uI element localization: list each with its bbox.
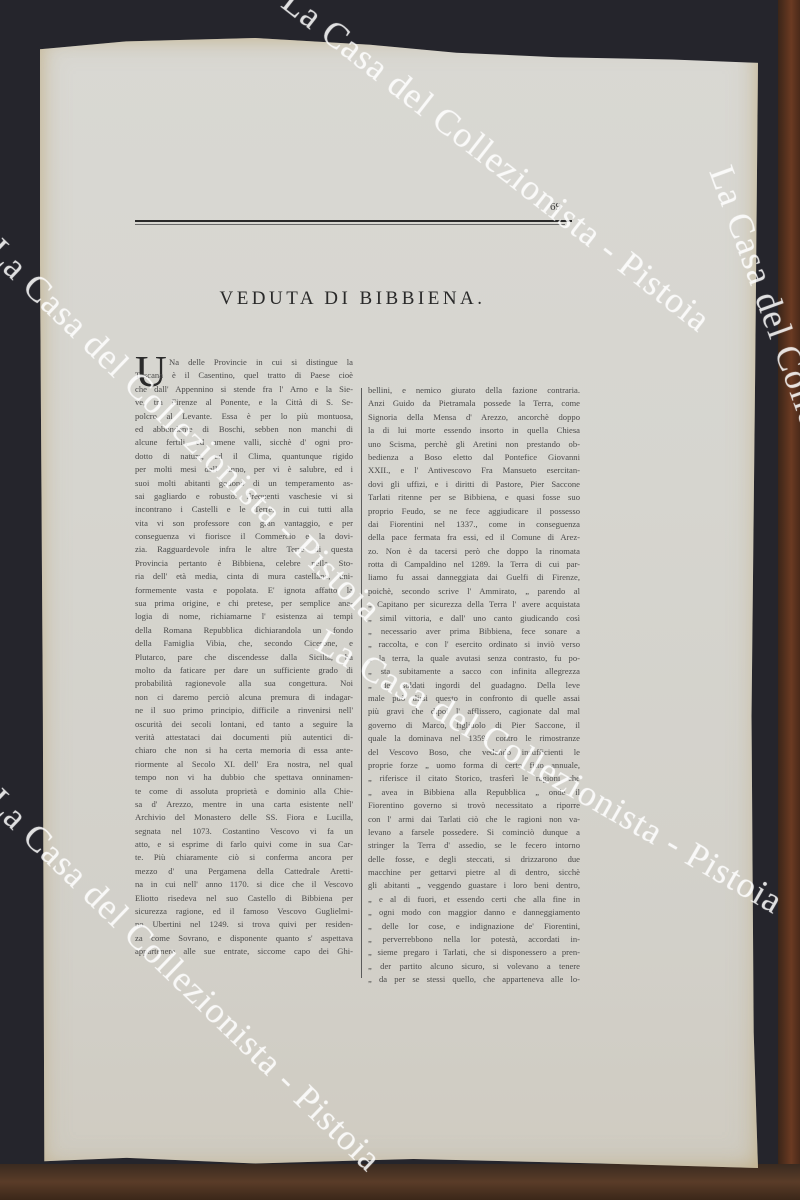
text-line: „ ogni modo con maggior danno e danneggi… (368, 906, 580, 919)
text-line: ve, tra Firenze al Ponente, e la Città d… (135, 396, 353, 409)
text-line: della pace fermata fra essi, ed il Comun… (368, 531, 580, 544)
text-line: sua prima origine, e chi pretese, per se… (135, 597, 353, 610)
text-line: polcro al Levante. Essa è per lo più mon… (135, 410, 353, 423)
text-line: verità attestataci dai documenti più aut… (135, 731, 353, 744)
text-line: no Ubertini nel 1249. si trova quivi per… (135, 918, 353, 931)
text-line: atto, e si esprime di farlo quivi come i… (135, 838, 353, 851)
text-line: Eliotto risedeva nel suo Castello di Bib… (135, 892, 353, 905)
text-line: „ raccolta, e con l' esercito ordinato s… (368, 638, 580, 651)
text-line: te. Più chiaramente ciò si conferma anco… (135, 851, 353, 864)
text-line: Na delle Provincie in cui si distingue l… (135, 356, 353, 369)
text-line: governo di Marco, figliuolo di Pier Sacc… (368, 719, 580, 732)
text-line: zo. Non è da tacersi però che doppo la r… (368, 545, 580, 558)
text-column-left: Na delle Provincie in cui si distingue l… (135, 356, 353, 959)
text-line: Signoria della Mensa d' Arezzo, ancorchè… (368, 411, 580, 424)
text-line: Archivio del Monastero delle SS. Fiora e… (135, 811, 353, 824)
text-line: proprio Feudo, se ne fece aggiudicare il… (368, 505, 580, 518)
text-line: „ der partito alcuno sicuro, si volevano… (368, 960, 580, 973)
text-line: „ simil vittoria, e dall' uno canto giud… (368, 612, 580, 625)
page-number: 69 (550, 201, 561, 213)
text-line: sai gagliardo e robusto. Frequenti vasch… (135, 490, 353, 503)
text-line: Toscana è il Casentino, quel tratto di P… (135, 369, 353, 382)
text-line: suoi molti abitanti godono di un tempera… (135, 477, 353, 490)
text-line: „ e al di fuori, et essendo certi che al… (368, 893, 580, 906)
text-line: liamo fu assai danneggiata dai Guelfi di… (368, 571, 580, 584)
text-line: stringer la Terra d' assedio, se le fece… (368, 839, 580, 852)
text-line: rotta di Campaldino nel 1289. la Terra d… (368, 558, 580, 571)
frame-edge-right (778, 0, 800, 1200)
text-line: proprie forze „ uomo forma di certo fitt… (368, 759, 580, 772)
text-line: formemente vasta e popolata. E' ignota a… (135, 584, 353, 597)
text-line: quale la dominava nel 1359. contro le ri… (368, 732, 580, 745)
text-line: te come di assoluta proprietà e dominio … (135, 785, 353, 798)
text-line: ria dell' età media, cinta di mura caste… (135, 570, 353, 583)
text-line: del Vescovo Boso, che vedendo insufficie… (368, 746, 580, 759)
text-line: „ necessario aver prima Bibbiena, fece s… (368, 625, 580, 638)
text-line: „ sta subitamente a sacco con infinita a… (368, 665, 580, 678)
text-line: XXII., e l' Antivescovo Fra Mansueto ese… (368, 464, 580, 477)
text-line: „ da per se stessi quello, che appartene… (368, 973, 580, 986)
text-line: oscurità dei secoli lontani, ed tanto a … (135, 718, 353, 731)
text-line: non ci daremo perciò alcuna premura di i… (135, 691, 353, 704)
text-line: uno Scisma, perchè gli Aretini non prest… (368, 438, 580, 451)
header-rule-thick (135, 220, 572, 222)
page-title: VEDUTA DI BIBBIENA. (130, 288, 575, 310)
text-line: ed abbondante di Boschi, sebben non manc… (135, 423, 353, 436)
text-line: ne il suo primo principio, difficile a r… (135, 704, 353, 717)
text-line: levano a farsele possedere. Si cominciò … (368, 826, 580, 839)
text-line: riormente al Secolo XI. dell' Era nostra… (135, 758, 353, 771)
text-line: vita vi son professore con gran vantaggi… (135, 517, 353, 530)
text-column-right: bellini, e nemico giurato della fazione … (368, 384, 580, 987)
text-line: sa d' Arezzo, mentre in una carta esiste… (135, 798, 353, 811)
text-line: zia. Ragguardevole infra le altre Terre … (135, 543, 353, 556)
text-line: la di lui morte essendo insorto in quell… (368, 424, 580, 437)
text-line: probabilità ragionevole alla sua congett… (135, 677, 353, 690)
text-line: za come Sovrano, e disponente quanto s' … (135, 932, 353, 945)
text-line: segnata nel 1073. Costantino Vescovo vi … (135, 825, 353, 838)
text-line: „ de' soldati ingordi del guadagno. Dell… (368, 679, 580, 692)
text-line: „ avea in Bibbiena alla Repubblica „ ond… (368, 786, 580, 799)
text-line: Fiorentino governo si trovò necessitato … (368, 799, 580, 812)
text-line: male può dirsi questo in confronto di qu… (368, 692, 580, 705)
text-line: molto da faticare per dare un sufficient… (135, 664, 353, 677)
text-line: delle fosse, e degli steccati, si drizza… (368, 853, 580, 866)
text-line: „ la terra, la quale avutasi senza contr… (368, 652, 580, 665)
text-line: chiaro che non si ha certa memoria di es… (135, 744, 353, 757)
text-line: na in cui nell' anno 1170. si dice che i… (135, 878, 353, 891)
text-line: sicurezza ragione, ed il famoso Vescovo … (135, 905, 353, 918)
text-line: „ riferisce il citato Storico, trasferì … (368, 772, 580, 785)
text-line: dovi gli uffizi, e i diritti di Pastore,… (368, 478, 580, 491)
text-line: per molti mesi dell' anno, per vi è salu… (135, 463, 353, 476)
text-line: „ Capitano per sicurezza della Terra l' … (368, 598, 580, 611)
text-line: Provincia pertanto è Bibbiena, celebre n… (135, 557, 353, 570)
text-line: della Romana Repubblica dichiarandola un… (135, 624, 353, 637)
text-line: della Famiglia Vibia, che, secondo Cicer… (135, 637, 353, 650)
header-rule-thin (135, 224, 565, 225)
column-divider (361, 388, 362, 978)
text-line: alcune fertili, ed amene valli, sicchè d… (135, 436, 353, 449)
text-line: „ perverrebbono nella lor potestà, accor… (368, 933, 580, 946)
text-line: tempo non vi ha dubbio che spettava onni… (135, 771, 353, 784)
frame-edge-bottom (0, 1164, 800, 1200)
text-line: gli abitanti „ veggendo guastare i loro … (368, 879, 580, 892)
text-line: più gravi che dipoi l' afflissero, cagio… (368, 705, 580, 718)
text-line: macchine per gettarvi pietre al di dentr… (368, 866, 580, 879)
text-line: „ delle lor cose, e indignazione de' Fio… (368, 920, 580, 933)
text-line: „ sieme pregaro i Tarlati, che si dispon… (368, 946, 580, 959)
text-line: bedienza a Boso eletto dal Pontefice Gio… (368, 451, 580, 464)
text-line: Tarlati ritenne per se Bibbiena, e quasi… (368, 491, 580, 504)
text-line: logia di nome, richiamarne l' esistenza … (135, 610, 353, 623)
text-line: dotto di natura, ed il Clima, quantunque… (135, 450, 353, 463)
text-line: che dall' Appennino si stende fra l' Arn… (135, 383, 353, 396)
text-line: Anzi Guido da Pietramala possede la Terr… (368, 397, 580, 410)
text-line: con l' armi dai Tarlati ciò che le ragio… (368, 813, 580, 826)
text-line: Plutarco, pare che discendesse dalla Sic… (135, 651, 353, 664)
text-line: incontrano i Castelli e le Terre, in cui… (135, 503, 353, 516)
text-line: appartenere alle sue entrate, siccome ca… (135, 945, 353, 958)
text-line: bellini, e nemico giurato della fazione … (368, 384, 580, 397)
text-line: dai Fiorentini nel 1337., come in conseg… (368, 518, 580, 531)
text-line: poichè, secondo scrive l' Ammirato, „ pa… (368, 585, 580, 598)
text-line: mezzo d' una Pergamena della Cattedrale … (135, 865, 353, 878)
text-line: conseguenza vi fiorisce il Commercio e l… (135, 530, 353, 543)
